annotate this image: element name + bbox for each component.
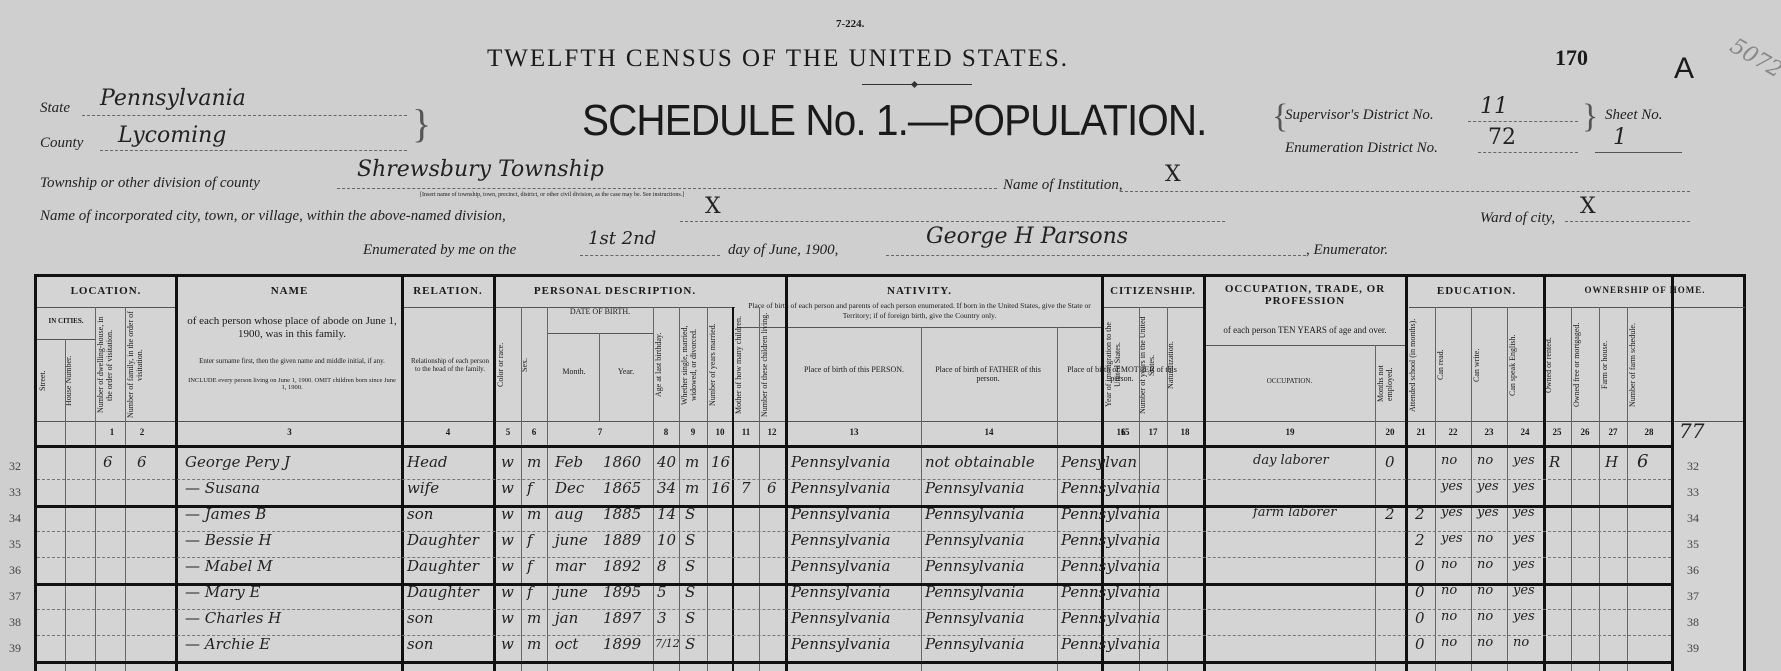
colnum-10: 10	[707, 427, 733, 437]
colnum-17: 17	[1139, 427, 1167, 437]
col-line	[1543, 277, 1546, 671]
township-hint: [Insert name of township, town, precinct…	[420, 192, 684, 198]
family-number: 6	[137, 453, 147, 471]
occupation-desc: of each person TEN YEARS of age and over…	[1215, 325, 1395, 335]
date-of-birth-label: DATE OF BIRTH.	[547, 307, 653, 316]
can-read: yes	[1441, 505, 1463, 520]
col-line	[732, 307, 734, 671]
can-write: no	[1477, 557, 1493, 572]
enumerator-name-value: George H Parsons	[926, 224, 1128, 249]
relation: son	[407, 505, 433, 523]
mother-of-children: 7	[741, 479, 751, 497]
col-2: Number of family, in the order of visita…	[127, 311, 155, 419]
enumerated-middle: day of June, 1900,	[728, 242, 838, 259]
line-number: 39	[9, 641, 21, 656]
city-label: Name of incorporated city, town, or vill…	[40, 208, 506, 225]
months-unemployed: 0	[1385, 453, 1395, 471]
line-number-right: 38	[1687, 615, 1699, 630]
birth-year: 1860	[603, 453, 641, 471]
colnum-27: 27	[1599, 427, 1627, 437]
relation: Daughter	[407, 583, 479, 601]
col-26: Owned free or mortgaged.	[1573, 311, 1599, 419]
col-line	[707, 307, 708, 671]
can-read: yes	[1441, 531, 1463, 546]
line-number: 33	[9, 485, 21, 500]
birth-place-person: Pennsylvania	[791, 479, 890, 497]
name-desc: of each person whose place of abode on J…	[187, 315, 397, 341]
sex: m	[527, 453, 541, 471]
birth-place-person: Pennsylvania	[791, 583, 890, 601]
col-line	[599, 333, 600, 421]
speaks-english: yes	[1513, 531, 1535, 546]
line-number-right: 34	[1687, 511, 1699, 526]
birth-place-mother: Pennsylvania	[1061, 479, 1160, 497]
divider	[1409, 307, 1745, 308]
birth-place-mother: Pennsylvania	[1061, 531, 1160, 549]
col-line	[521, 307, 522, 671]
col-line	[759, 307, 760, 671]
birth-place-father: Pennsylvania	[925, 505, 1024, 523]
can-write: no	[1477, 583, 1493, 598]
col-line	[1057, 327, 1058, 671]
col-11: Mother of how many children.	[735, 311, 759, 419]
can-write: no	[1477, 609, 1493, 624]
col-line	[401, 277, 404, 671]
birth-year: 1865	[603, 479, 641, 497]
can-read: no	[1441, 609, 1457, 624]
brace-right-close: }	[1582, 100, 1598, 134]
colnum-24: 24	[1507, 427, 1543, 437]
colnum-4: 4	[403, 427, 493, 437]
group-name: NAME	[177, 285, 402, 297]
col-1: Number of dwelling-house, in the order o…	[97, 311, 125, 419]
state-field[interactable]: Pennsylvania	[82, 90, 407, 116]
birth-month: Feb	[555, 453, 583, 471]
occupation: day laborer	[1253, 453, 1329, 468]
col-10: Number of years married.	[709, 311, 731, 419]
sex: m	[527, 505, 541, 523]
census-table: LOCATION. NAME RELATION. PERSONAL DESCRI…	[34, 274, 1746, 671]
race: w	[501, 583, 514, 601]
supervisor-value: 11	[1480, 94, 1508, 119]
birth-year: 1899	[603, 635, 641, 653]
birth-year: 1892	[603, 557, 641, 575]
speaks-english: yes	[1513, 609, 1535, 624]
col-line	[1167, 307, 1168, 671]
col-line	[1203, 277, 1206, 671]
person-name: — Mary E	[185, 583, 260, 601]
colnum-14: 14	[921, 427, 1057, 437]
colnum-23: 23	[1471, 427, 1507, 437]
age: 5	[657, 583, 667, 601]
colnum-16: 16	[1103, 427, 1139, 437]
line-number: 34	[9, 511, 21, 526]
enumerator-suffix: , Enumerator.	[1306, 242, 1388, 259]
margin-mark: 77	[1679, 419, 1704, 443]
col-6: Sex.	[521, 311, 545, 419]
ward-value: X	[1580, 194, 1596, 219]
birth-place-mother: Pennsylvania	[1061, 583, 1160, 601]
can-read: no	[1441, 583, 1457, 598]
relation: wife	[407, 479, 439, 497]
colnum-21: 21	[1407, 427, 1435, 437]
owned-rented: R	[1549, 453, 1560, 471]
colnum-26: 26	[1571, 427, 1599, 437]
colnum-2: 2	[127, 427, 157, 437]
birth-place-mother: Pennsylvania	[1061, 609, 1160, 627]
sex: f	[527, 557, 533, 575]
birth-place-father: Pennsylvania	[925, 635, 1024, 653]
divider	[37, 421, 1743, 422]
line-number-right: 39	[1687, 641, 1699, 656]
can-write: yes	[1477, 505, 1499, 520]
colnum-22: 22	[1435, 427, 1471, 437]
line-number: 37	[9, 589, 21, 604]
col-line	[1507, 307, 1508, 671]
person-name: — Bessie H	[185, 531, 272, 549]
line-number: 36	[9, 563, 21, 578]
birth-month: aug	[555, 505, 583, 523]
person-name: — Charles H	[185, 609, 281, 627]
divider	[1103, 307, 1203, 308]
divider	[37, 339, 95, 340]
census-title: TWELFTH CENSUS OF THE UNITED STATES.	[487, 45, 1069, 73]
enumerator-name-field[interactable]: George H Parsons	[886, 232, 1306, 256]
can-read: yes	[1441, 479, 1463, 494]
age: 3	[657, 609, 667, 627]
title-divider	[862, 84, 972, 85]
margin-note: 5072	[1726, 34, 1781, 84]
brace-left: }	[412, 104, 431, 144]
group-location: LOCATION.	[37, 285, 175, 297]
group-relation: RELATION.	[403, 285, 493, 297]
colnum-1: 1	[97, 427, 127, 437]
col-17: Number of years in the United States.	[1139, 311, 1165, 419]
divider	[403, 307, 493, 308]
institution-label: Name of Institution,	[1003, 177, 1123, 194]
birth-place-person: Pennsylvania	[791, 635, 890, 653]
col-line	[921, 327, 922, 671]
marital-status: S	[685, 531, 695, 549]
col-line	[785, 277, 788, 671]
age: 8	[657, 557, 667, 575]
colnum-20: 20	[1375, 427, 1405, 437]
colnum-8: 8	[653, 427, 679, 437]
name-instr1: Enter surname first, then the given name…	[187, 357, 397, 365]
birth-place-mother: Pennsylvania	[1061, 635, 1160, 653]
col-24: Can speak English.	[1509, 311, 1543, 419]
divider	[547, 333, 653, 334]
race: w	[501, 453, 514, 471]
race: w	[501, 479, 514, 497]
col-line	[653, 307, 654, 671]
colnum-5: 5	[495, 427, 521, 437]
col-16: Year of immigration to the United States…	[1105, 311, 1137, 419]
can-read: no	[1441, 557, 1457, 572]
col-28: Number of farm schedule.	[1629, 311, 1669, 419]
group-occupation: OCCUPATION, TRADE, OR PROFESSION	[1205, 283, 1405, 307]
ward-label: Ward of city,	[1480, 210, 1555, 227]
birth-place-mother: Pennsylvania	[1061, 557, 1160, 575]
col-line	[1599, 307, 1600, 671]
col-house: House Number.	[65, 343, 95, 419]
col-18: Naturalization.	[1167, 311, 1201, 419]
sex: m	[527, 635, 541, 653]
school-months: 2	[1415, 505, 1425, 523]
line-number-right: 37	[1687, 589, 1699, 604]
school-months: 0	[1415, 609, 1425, 627]
state-value: Pennsylvania	[100, 86, 246, 111]
age: 14	[657, 505, 676, 523]
col-line	[125, 307, 126, 671]
months-unemployed: 2	[1385, 505, 1395, 523]
col-22: Can read.	[1437, 311, 1471, 419]
school-months: 0	[1415, 557, 1425, 575]
col-line	[547, 307, 548, 671]
birth-month: june	[555, 583, 588, 601]
col-25: Owned or rented.	[1545, 311, 1571, 419]
birth-place-person: Pennsylvania	[791, 453, 890, 471]
birth-month: june	[555, 531, 588, 549]
enumerated-prefix: Enumerated by me on the	[363, 242, 516, 259]
col-19: OCCUPATION.	[1207, 377, 1372, 385]
race: w	[501, 531, 514, 549]
years-married: 16	[711, 479, 730, 497]
group-personal: PERSONAL DESCRIPTION.	[495, 285, 735, 297]
state-label: State	[40, 100, 70, 117]
years-married: 16	[711, 453, 730, 471]
col-5: Color or race.	[497, 311, 519, 419]
birth-place-father: Pennsylvania	[925, 531, 1024, 549]
colnum-6: 6	[521, 427, 547, 437]
institution-value: X	[1165, 162, 1181, 187]
race: w	[501, 505, 514, 523]
birth-place-mother: Pensylvan	[1061, 453, 1137, 471]
colnum-12: 12	[759, 427, 785, 437]
marital-status: m	[685, 453, 699, 471]
colnum-25: 25	[1543, 427, 1571, 437]
line-number: 38	[9, 615, 21, 630]
person-name: — Mabel M	[185, 557, 272, 575]
marital-status: S	[685, 583, 695, 601]
col-line	[679, 307, 680, 671]
birth-year: 1885	[603, 505, 641, 523]
col-line	[1571, 307, 1572, 671]
col-line	[175, 277, 178, 671]
marital-status: S	[685, 609, 695, 627]
township-label: Township or other division of county	[40, 175, 260, 192]
birth-place-father: Pennsylvania	[925, 583, 1024, 601]
marital-status: S	[685, 505, 695, 523]
divider	[37, 445, 1671, 448]
age: 40	[657, 453, 676, 471]
age: 10	[657, 531, 676, 549]
person-name: — James B	[185, 505, 266, 523]
can-write: no	[1477, 635, 1493, 650]
group-nativity: NATIVITY.	[737, 285, 1102, 297]
col-year: Year.	[601, 367, 651, 376]
sheet-label: Sheet No.	[1605, 107, 1663, 124]
supervisor-field[interactable]: 11	[1468, 100, 1578, 122]
line-number-right: 33	[1687, 485, 1699, 500]
race: w	[501, 609, 514, 627]
dwelling-number: 6	[103, 453, 113, 471]
birth-place-father: Pennsylvania	[925, 557, 1024, 575]
occupation: farm laborer	[1253, 505, 1336, 520]
line-number: 32	[9, 459, 21, 474]
col-line	[1435, 307, 1436, 671]
relation: Daughter	[407, 531, 479, 549]
col-line	[1627, 307, 1628, 671]
divider	[37, 307, 175, 308]
col-23: Can write.	[1473, 311, 1507, 419]
line-number: 35	[9, 537, 21, 552]
person-name: George Pery J	[185, 453, 290, 471]
colnum-7: 7	[547, 427, 653, 437]
school-months: 0	[1415, 635, 1425, 653]
children-living: 6	[767, 479, 777, 497]
birth-place-father: Pennsylvania	[925, 609, 1024, 627]
school-months: 0	[1415, 583, 1425, 601]
colnum-18: 18	[1167, 427, 1203, 437]
township-value: Shrewsbury Township	[357, 157, 604, 182]
relation: Daughter	[407, 557, 479, 575]
line-number-right: 36	[1687, 563, 1699, 578]
ward-field[interactable]: X	[1565, 200, 1690, 222]
page-number: 170	[1555, 45, 1588, 71]
can-write: yes	[1477, 479, 1499, 494]
enumeration-label: Enumeration District No.	[1285, 140, 1438, 157]
col-line	[1671, 277, 1674, 671]
marital-status: m	[685, 479, 699, 497]
person-name: — Archie E	[185, 635, 270, 653]
can-write: no	[1477, 453, 1493, 468]
sheet-value: 1	[1613, 125, 1627, 150]
relation: son	[407, 609, 433, 627]
birth-year: 1895	[603, 583, 641, 601]
marital-status: S	[685, 557, 695, 575]
can-read: no	[1441, 453, 1457, 468]
col-street: Street.	[39, 343, 63, 419]
col-20: Months not employed.	[1377, 349, 1403, 419]
group-ownership: OWNERSHIP OF HOME.	[1545, 285, 1745, 295]
township-field[interactable]: Shrewsbury Township	[337, 165, 997, 189]
nativity-desc: Place of birth of each person and parent…	[747, 301, 1092, 321]
name-instr2: INCLUDE every person living on June 1, 1…	[187, 377, 397, 391]
sheet-field[interactable]: 1	[1595, 131, 1682, 153]
speaks-english: yes	[1513, 453, 1535, 468]
row-divider	[37, 661, 1671, 664]
sex: f	[527, 479, 533, 497]
speaks-english: yes	[1513, 505, 1535, 520]
birth-year: 1897	[603, 609, 641, 627]
line-number-right: 35	[1687, 537, 1699, 552]
county-field[interactable]: Lycoming	[100, 125, 407, 151]
farm-house: H	[1605, 453, 1618, 471]
supervisor-label: Supervisor's District No.	[1285, 107, 1434, 124]
in-cities-label: IN CITIES.	[37, 317, 95, 325]
sex: m	[527, 609, 541, 627]
colnum-9: 9	[679, 427, 707, 437]
birth-place-person: Pennsylvania	[791, 609, 890, 627]
col-line	[493, 277, 496, 671]
institution-field[interactable]: X	[1120, 168, 1690, 192]
enumerated-day-value: 1st 2nd	[588, 228, 656, 249]
race: w	[501, 557, 514, 575]
colnum-11: 11	[733, 427, 759, 437]
colnum-28: 28	[1627, 427, 1671, 437]
person-name: — Susana	[185, 479, 260, 497]
birth-place-father: Pennsylvania	[925, 479, 1024, 497]
group-citizenship: CITIZENSHIP.	[1103, 285, 1203, 297]
enumerated-day-field[interactable]: 1st 2nd	[580, 232, 720, 256]
age: 7/12	[655, 637, 680, 650]
col-27: Farm or house.	[1601, 311, 1627, 419]
birth-place-father: not obtainable	[925, 453, 1035, 471]
birth-year: 1889	[603, 531, 641, 549]
enumeration-field[interactable]: 72	[1478, 131, 1578, 153]
col-line	[1375, 345, 1376, 671]
col-9: Whether single, married, widowed, or div…	[681, 311, 707, 419]
birth-place-person: Pennsylvania	[791, 557, 890, 575]
colnum-19: 19	[1205, 427, 1375, 437]
enumeration-value: 72	[1488, 125, 1516, 150]
sex: f	[527, 583, 533, 601]
page-letter: A	[1674, 52, 1694, 86]
schedule-title: SCHEDULE No. 1.—POPULATION.	[582, 96, 1207, 146]
farm-schedule: 6	[1637, 451, 1648, 472]
marital-status: S	[685, 635, 695, 653]
birth-month: oct	[555, 635, 578, 653]
colnum-3: 3	[177, 427, 402, 437]
birth-month: mar	[555, 557, 585, 575]
col-12: Number of these children living.	[761, 311, 785, 419]
speaks-english: yes	[1513, 557, 1535, 572]
col-14: Place of birth of FATHER of this person.	[923, 365, 1053, 383]
can-write: no	[1477, 531, 1493, 546]
age: 34	[657, 479, 676, 497]
sex: f	[527, 531, 533, 549]
group-education: EDUCATION.	[1409, 285, 1544, 297]
col-13: Place of birth of this PERSON.	[789, 365, 919, 374]
relation: son	[407, 635, 433, 653]
relation-desc: Relationship of each person to the head …	[409, 357, 491, 373]
birth-place-person: Pennsylvania	[791, 531, 890, 549]
birth-place-person: Pennsylvania	[791, 505, 890, 523]
county-value: Lycoming	[118, 123, 226, 148]
city-value: X	[705, 194, 721, 219]
county-label: County	[40, 135, 83, 152]
col-month: Month.	[549, 367, 599, 376]
col-line	[1471, 307, 1472, 671]
speaks-english: yes	[1513, 583, 1535, 598]
city-field[interactable]: X	[680, 200, 1225, 222]
can-read: no	[1441, 635, 1457, 650]
race: w	[501, 635, 514, 653]
form-number: 7-224.	[836, 18, 864, 30]
divider	[737, 327, 1102, 328]
birth-month: Dec	[555, 479, 584, 497]
col-line	[95, 307, 96, 671]
birth-month: jan	[555, 609, 578, 627]
line-number-right: 32	[1687, 459, 1699, 474]
relation: Head	[407, 453, 448, 471]
birth-place-mother: Pennsylvania	[1061, 505, 1160, 523]
speaks-english: yes	[1513, 479, 1535, 494]
colnum-13: 13	[787, 427, 921, 437]
col-21: Attended school (in months).	[1409, 311, 1435, 419]
school-months: 2	[1415, 531, 1425, 549]
